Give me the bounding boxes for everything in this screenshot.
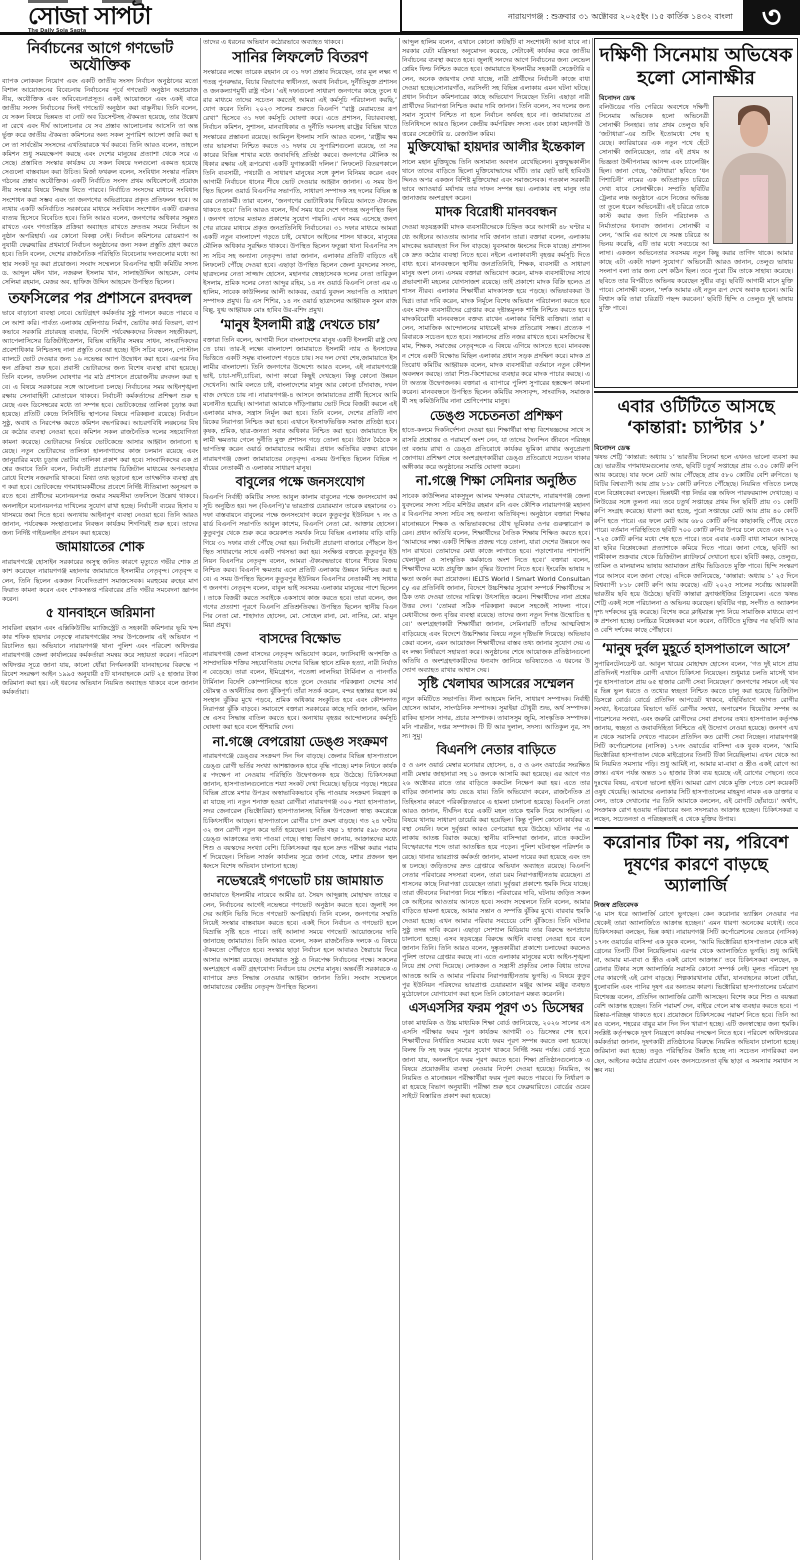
article-headline: বিএনপি নেতার বাড়িতে — [402, 744, 590, 759]
article-headline: তফসিলের পর প্রশাসনে রদবদল — [2, 290, 198, 307]
article-headline: না.গঞ্জে শিক্ষা সেমিনার অনুষ্ঠিত — [402, 475, 590, 490]
article-madok: মাদক বিরোধী মানববন্ধন দেওয়া ষড়যন্ত্রকা… — [402, 206, 590, 406]
article-headline: সানির লিফলেট বিতরণ — [203, 49, 397, 66]
article-body: ঋষভ শেট্টি ‘কান্তারা: অধ্যায় ১’ ভারতীয়… — [594, 453, 798, 636]
article-continuation: আব্দুল হালিম বলেন, এখানে কোনো কাটছাঁট বা… — [402, 38, 590, 139]
article-headline: বাবুলের পক্ষে জনসংযোগ — [203, 476, 397, 491]
article-body: ব্যাপক লোকবল নিয়োগ এবং একটি জাতীয় সংসদ… — [2, 77, 198, 288]
newspaper-logo: সোজা সাপটা The Daily Soja Sapta — [28, 0, 158, 36]
article-headline: ৫ যানবাহনে জরিমানা — [2, 607, 198, 622]
article-headline: নভেম্বরেই গণভোট চায় জামায়াত — [203, 875, 397, 890]
article-allergy: করোনার টিকা নয়, পরিবেশ দূষণের কারণে বাড… — [594, 833, 798, 1075]
article-body: সুপারিনটেনডেন্ট ডা. আবুল খায়ের মোহাম্মদ… — [594, 660, 798, 825]
article-islami-rashtro: ‘মানুষ ইসলামী রাষ্ট্র দেখতে চায়’ বক্তার… — [203, 319, 397, 473]
article-body: দেওয়া ষড়যন্ত্রকারী মাদক ব্যবসায়ীদেরকে… — [402, 223, 590, 406]
article-gonovote: নির্বাচনের আগে গণভোট অযৌক্তিক ব্যাপক লোক… — [2, 40, 198, 287]
article-body: নতুন কমিটিতে সভাপতি। নীলা আহমেদ লিপি, সা… — [402, 695, 590, 741]
article-ssc: এসএসসির ফরম পূরণ ৩১ ডিসেম্বর ঢাকা মাধ্যম… — [402, 1002, 590, 1101]
article-kantara: এবার ওটিটিতে আসছে ‘কান্তারা: চ্যাপ্টার ১… — [594, 397, 798, 636]
article-headline: ‘মানুষ ইসলামী রাষ্ট্র দেখতে চায়’ — [203, 319, 397, 334]
article-body: সাবেক কাউন্সিলর মাকসুদুল আলম খন্দকার খোর… — [402, 492, 590, 675]
column-1: নির্বাচনের আগে গণভোট অযৌক্তিক ব্যাপক লোক… — [2, 38, 198, 1558]
article-body: হাতে-কলমে দিকনির্দেশনা দেওয়া হয়। শিক্ষ… — [402, 426, 590, 472]
section-divider — [594, 391, 798, 393]
article-headline: ‘মানুষ দুর্বল মুহূর্তে হাসপাতালে আসে’ — [594, 643, 798, 658]
article-seminar: না.গঞ্জে শিক্ষা সেমিনার অনুষ্ঠিত সাবেক ক… — [402, 475, 590, 675]
article-khelaghor: সৃষ্টি খেলাঘর আসরের সম্মেলন নতুন কমিটিতে… — [402, 678, 590, 741]
article-body: ৫ ও ৬নং ওয়ার্ড মেম্বার মনোয়ার হোসেন, ৪… — [402, 761, 590, 999]
article-body: ‘এ মাস ধরে অ্যালার্জি রোগে ভুগছেন। কেন ক… — [594, 910, 798, 1075]
article-basod: বাসদের বিক্ষোভ নারায়ণগঞ্জ জেলা বাসদের ন… — [203, 633, 397, 732]
article-headline: এবার ওটিটিতে আসছে ‘কান্তারা: চ্যাপ্টার ১… — [594, 397, 798, 440]
section-divider — [594, 639, 798, 640]
article-byline: বিনোদন ডেস্ক — [594, 444, 798, 453]
article-headline: জামায়াতের শোক — [2, 541, 198, 556]
article-body: নারায়ণগঞ্জে ডেঙ্গুর সংক্রমণ দিন দিন বাড… — [203, 752, 397, 871]
article-headline: বাসদের বিক্ষোভ — [203, 633, 397, 648]
column-2: তাদের এ ধরনের অভিযান কঠোরভাবে অব্যাহত থা… — [203, 38, 397, 1558]
feature-box-sonakshi: দক্ষিণী সিনেমায় অভিষেক হলো সোনাক্ষীর বি… — [594, 38, 798, 388]
article-body: সংস্কারের লক্ষ্যে তারেক রহমান যে ৩১ দফা … — [203, 68, 397, 315]
article-headline: সৃষ্টি খেলাঘর আসরের সম্মেলন — [402, 678, 590, 693]
article-body: সালে মহান মুক্তিযুদ্ধে তিনি অসামান্য অবদ… — [402, 158, 590, 204]
article-body: জামায়াতে ইসলামীর নায়েবে আমীর ডা. সৈয়দ… — [203, 891, 397, 992]
column-3: আব্দুল হালিম বলেন, এখানে কোনো কাটছাঁট বা… — [402, 38, 590, 1558]
section-divider — [594, 827, 798, 829]
column-rule — [399, 38, 400, 1560]
dateline-box: নারায়ণগঞ্জ : শুক্রবার ৩১ অক্টোবর ২০২৫ইং… — [400, 0, 743, 33]
article-headline: ডেঙ্গু সচেতনতা প্রশিক্ষণ — [402, 410, 590, 425]
article-body: সাবরিনা রহমান এবং এক্সিকিউটিভ ম্যাজিস্ট্… — [2, 624, 198, 697]
article-sani-leaflet: সানির লিফলেট বিতরণ সংস্কারের লক্ষ্যে তার… — [203, 49, 397, 315]
column-rule — [592, 38, 593, 1560]
feature-headline: দক্ষিণী সিনেমায় অভিষেক হলো সোনাক্ষীর — [599, 44, 793, 90]
article-november-gonovote: নভেম্বরেই গণভোট চায় জামায়াত জামায়াতে … — [203, 875, 397, 993]
article-babul: বাবুলের পক্ষে জনসংযোগ বিএনপি নির্বাহী কম… — [203, 476, 397, 630]
article-body: বিএনপি নির্বাহী কমিটির সদস্য আবুল কালাম … — [203, 493, 397, 630]
article-continuation: তাদের এ ধরনের অভিযান কঠোরভাবে অব্যাহত থা… — [203, 38, 397, 47]
column-4: দক্ষিণী সিনেমায় অভিষেক হলো সোনাক্ষীর বি… — [594, 38, 798, 1558]
article-body: বক্তারা তিনি বলেন, আগামী দিনে বাংলাদেশের… — [203, 336, 397, 473]
article-hospital: ‘মানুষ দুর্বল মুহূর্তে হাসপাতালে আসে’ সু… — [594, 643, 798, 825]
newspaper-title: সোজা সাপটা — [28, 4, 158, 28]
article-headline: মাদক বিরোধী মানববন্ধন — [402, 206, 590, 221]
article-body: নারায়ণগঞ্জ জেলা বাসদের নেতৃবৃন্দ অভিযোগ… — [203, 650, 397, 732]
page-number: ৩ — [743, 0, 800, 35]
article-headline: নির্বাচনের আগে গণভোট অযৌক্তিক — [2, 40, 198, 75]
article-muktijoddha: মুক্তিযোদ্ধা হায়দার আলীর ইন্তেকাল সালে … — [402, 141, 590, 204]
article-jamaat-shok: জামায়াতের শোক নারায়ণগঞ্জে হোসাইন সরকার… — [2, 541, 198, 604]
article-headline: এসএসসির ফরম পূরণ ৩১ ডিসেম্বর — [402, 1002, 590, 1017]
dateline: নারায়ণগঞ্জ : শুক্রবার ৩১ অক্টোবর ২০২৫ইং… — [508, 11, 733, 24]
article-byline: নিজস্ব প্রতিবেদক — [594, 901, 798, 910]
article-dengue: না.গঞ্জে বেপরোয়া ডেঙ্গু সংক্রমণ নারায়ণ… — [203, 736, 397, 872]
article-headline: মুক্তিযোদ্ধা হায়দার আলীর ইন্তেকাল — [402, 141, 590, 156]
article-body: ঢাকা মাধ্যমিক ও উচ্চ মাধ্যমিক শিক্ষা বোর… — [402, 1019, 590, 1101]
article-bnp-neta: বিএনপি নেতার বাড়িতে ৫ ও ৬নং ওয়ার্ড মেম… — [402, 744, 590, 999]
article-headline: করোনার টিকা নয়, পরিবেশ দূষণের কারণে বাড… — [594, 833, 798, 897]
sonakshi-photo — [713, 96, 793, 244]
article-headline: না.গঞ্জে বেপরোয়া ডেঙ্গু সংক্রমণ — [203, 736, 397, 751]
article-body: নারায়ণগঞ্জে হোসাইন সরকারের অসুস্থ জনিত … — [2, 558, 198, 604]
article-jorimana: ৫ যানবাহনে জরিমানা সাবরিনা রহমান এবং এক্… — [2, 607, 198, 697]
column-rule — [200, 38, 201, 1560]
article-body: ভাবে বাড়ানো ব্যবস্থা নেবে। ভোটগ্রহণ কর্… — [2, 309, 198, 538]
masthead: সোজা সাপটা The Daily Soja Sapta নারায়ণগ… — [0, 0, 800, 36]
article-dengue-training: ডেঙ্গু সচেতনতা প্রশিক্ষণ হাতে-কলমে দিকনি… — [402, 410, 590, 473]
article-tofsil: তফসিলের পর প্রশাসনে রদবদল ভাবে বাড়ানো ব… — [2, 290, 198, 538]
